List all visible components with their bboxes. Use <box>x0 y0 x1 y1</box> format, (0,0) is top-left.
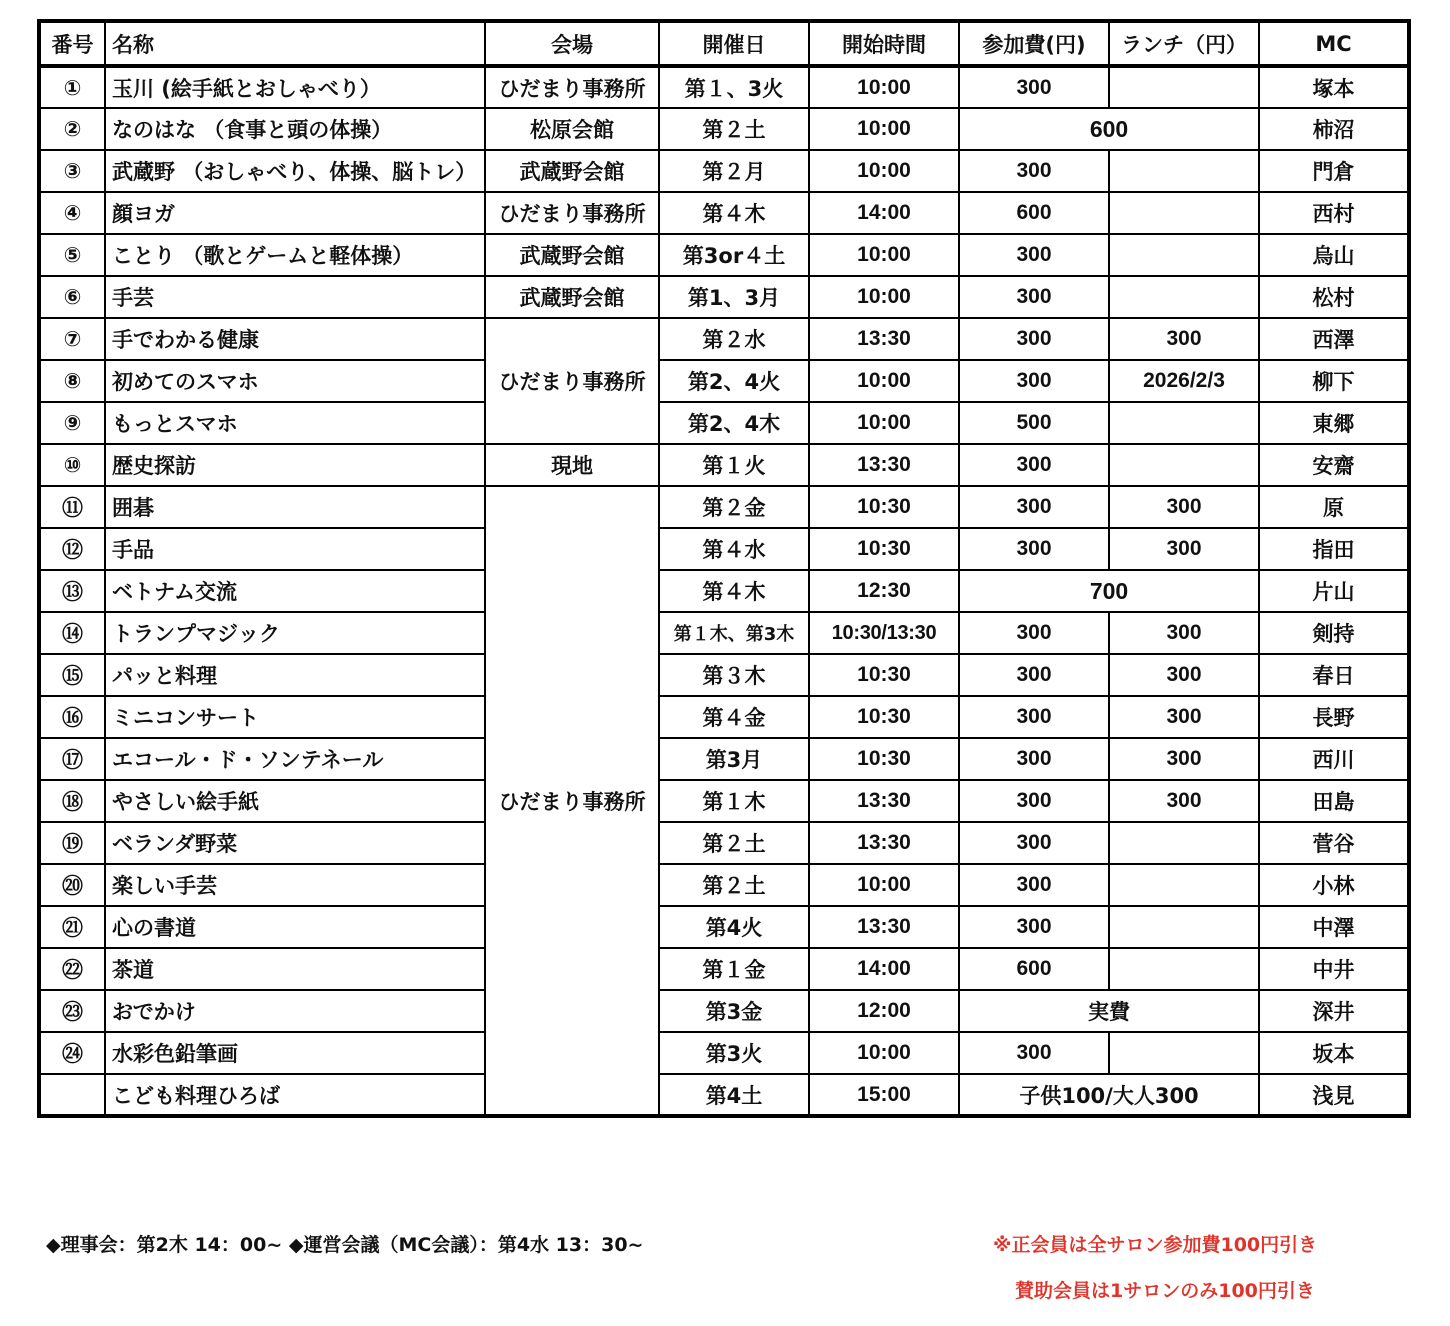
salon-name: 武蔵野 （おしゃべり、体操、脳トレ） <box>105 150 485 192</box>
table-row: ㉑ 心の書道 第4火 13:30 300 中澤 <box>39 906 1409 948</box>
salon-name: 手品 <box>105 528 485 570</box>
start-time: 10:30 <box>809 486 959 528</box>
row-number: ⑧ <box>39 360 105 402</box>
header-name: 名称 <box>105 21 485 66</box>
mc: 西川 <box>1259 738 1409 780</box>
salon-name: ことり （歌とゲームと軽体操） <box>105 234 485 276</box>
venue: 松原会館 <box>485 108 659 150</box>
table-row: ⑨ もっとスマホ 第2、4木 10:00 500 東郷 <box>39 402 1409 444</box>
row-number: ⑥ <box>39 276 105 318</box>
date: 第３木 <box>659 654 809 696</box>
mc: 柿沼 <box>1259 108 1409 150</box>
fee: 600 <box>959 192 1109 234</box>
salon-name: もっとスマホ <box>105 402 485 444</box>
row-number: ⑪ <box>39 486 105 528</box>
salon-name: ベトナム交流 <box>105 570 485 612</box>
mc: 菅谷 <box>1259 822 1409 864</box>
start-time: 10:30 <box>809 654 959 696</box>
mc: 西澤 <box>1259 318 1409 360</box>
salon-name: 楽しい手芸 <box>105 864 485 906</box>
start-time: 13:30 <box>809 318 959 360</box>
date: 第4土 <box>659 1074 809 1116</box>
fee: 300 <box>959 444 1109 486</box>
mc: 坂本 <box>1259 1032 1409 1074</box>
fee: 500 <box>959 402 1109 444</box>
salon-schedule-table: 番号 名称 会場 開催日 開始時間 参加費(円) ランチ（円） MC ① 玉川 … <box>37 19 1411 1118</box>
mc: 春日 <box>1259 654 1409 696</box>
lunch <box>1109 948 1259 990</box>
date: 第２土 <box>659 864 809 906</box>
start-time: 10:00 <box>809 150 959 192</box>
salon-name: なのはな （食事と頭の体操） <box>105 108 485 150</box>
table-row: ⑦ 手でわかる健康 ひだまり事務所 第２水 13:30 300 300 西澤 <box>39 318 1409 360</box>
venue: ひだまり事務所 <box>485 192 659 234</box>
start-time: 10:00 <box>809 108 959 150</box>
lunch <box>1109 444 1259 486</box>
date: 第１木、第3木 <box>659 612 809 654</box>
header-no: 番号 <box>39 21 105 66</box>
salon-name: 心の書道 <box>105 906 485 948</box>
date: 第１火 <box>659 444 809 486</box>
salon-name: 囲碁 <box>105 486 485 528</box>
fee: 300 <box>959 318 1109 360</box>
mc: 田島 <box>1259 780 1409 822</box>
venue: 武蔵野会館 <box>485 234 659 276</box>
row-number: ① <box>39 66 105 108</box>
fee: 300 <box>959 1032 1109 1074</box>
date: 第4火 <box>659 906 809 948</box>
header-date: 開催日 <box>659 21 809 66</box>
date: 第４木 <box>659 570 809 612</box>
header-lunch: ランチ（円） <box>1109 21 1259 66</box>
salon-name: 顔ヨガ <box>105 192 485 234</box>
salon-name: ベランダ野菜 <box>105 822 485 864</box>
mc: 浅見 <box>1259 1074 1409 1116</box>
venue: 武蔵野会館 <box>485 276 659 318</box>
lunch: 300 <box>1109 612 1259 654</box>
table-row: ⑰ エコール・ド・ソンテネール 第3月 10:30 300 300 西川 <box>39 738 1409 780</box>
fee: 300 <box>959 150 1109 192</box>
lunch <box>1109 234 1259 276</box>
mc: 中澤 <box>1259 906 1409 948</box>
salon-name: 手でわかる健康 <box>105 318 485 360</box>
fee: 600 <box>959 948 1109 990</box>
date: 第1、3月 <box>659 276 809 318</box>
row-number: ⑫ <box>39 528 105 570</box>
mc: 東郷 <box>1259 402 1409 444</box>
table-row: ⑬ ベトナム交流 第４木 12:30 700 片山 <box>39 570 1409 612</box>
lunch: 300 <box>1109 738 1259 780</box>
start-time: 10:00 <box>809 360 959 402</box>
salon-name: 玉川 (絵手紙とおしゃべり） <box>105 66 485 108</box>
lunch <box>1109 192 1259 234</box>
venue: ひだまり事務所 <box>485 66 659 108</box>
fee: 300 <box>959 612 1109 654</box>
header-venue: 会場 <box>485 21 659 66</box>
table-row: ㉒ 茶道 第１金 14:00 600 中井 <box>39 948 1409 990</box>
mc: 塚本 <box>1259 66 1409 108</box>
table-row: ⑧ 初めてのスマホ 第2、4火 10:00 300 2026/2/3 柳下 <box>39 360 1409 402</box>
header-row: 番号 名称 会場 開催日 開始時間 参加費(円) ランチ（円） MC <box>39 21 1409 66</box>
row-number: ④ <box>39 192 105 234</box>
mc: 指田 <box>1259 528 1409 570</box>
full-member-discount: ※正会員は全サロン参加費100円引き <box>993 1230 1317 1257</box>
mc: 松村 <box>1259 276 1409 318</box>
row-number <box>39 1074 105 1116</box>
table-row: ⑯ ミニコンサート 第４金 10:30 300 300 長野 <box>39 696 1409 738</box>
salon-schedule-sheet: 番号 名称 会場 開催日 開始時間 参加費(円) ランチ（円） MC ① 玉川 … <box>37 19 1407 1118</box>
table-row: ㉔ 水彩色鉛筆画 第3火 10:00 300 坂本 <box>39 1032 1409 1074</box>
row-number: ⑬ <box>39 570 105 612</box>
header-fee: 参加費(円) <box>959 21 1109 66</box>
start-time: 12:00 <box>809 990 959 1032</box>
fee: 300 <box>959 66 1109 108</box>
salon-name: ミニコンサート <box>105 696 485 738</box>
salon-name: こども料理ひろば <box>105 1074 485 1116</box>
lunch: 300 <box>1109 780 1259 822</box>
date: 第２金 <box>659 486 809 528</box>
lunch: 300 <box>1109 696 1259 738</box>
fee: 300 <box>959 654 1109 696</box>
mc: 深井 <box>1259 990 1409 1032</box>
row-number: ㉔ <box>39 1032 105 1074</box>
start-time: 14:00 <box>809 192 959 234</box>
lunch <box>1109 864 1259 906</box>
date: 第2、4木 <box>659 402 809 444</box>
fee: 300 <box>959 486 1109 528</box>
start-time: 10:00 <box>809 864 959 906</box>
table-row: ⑭ トランプマジック 第１木、第3木 10:30/13:30 300 300 剣… <box>39 612 1409 654</box>
row-number: ㉑ <box>39 906 105 948</box>
date: 第2、4火 <box>659 360 809 402</box>
start-time: 13:30 <box>809 444 959 486</box>
fee: 300 <box>959 234 1109 276</box>
row-number: ⑲ <box>39 822 105 864</box>
salon-name: 歴史探訪 <box>105 444 485 486</box>
fee: 300 <box>959 864 1109 906</box>
table-row: ⑩ 歴史探訪 現地 第１火 13:30 300 安齋 <box>39 444 1409 486</box>
venue-merged: ひだまり事務所 <box>485 318 659 444</box>
start-time: 10:30 <box>809 738 959 780</box>
start-time: 13:30 <box>809 780 959 822</box>
table-row: ⑤ ことり （歌とゲームと軽体操） 武蔵野会館 第3or４土 10:00 300… <box>39 234 1409 276</box>
meeting-schedule-note: ◆理事会：第2木 14：00~ ◆運営会議（MC会議）：第4水 13：30~ <box>46 1230 643 1257</box>
lunch <box>1109 66 1259 108</box>
mc: 西村 <box>1259 192 1409 234</box>
start-time: 14:00 <box>809 948 959 990</box>
row-number: ㉒ <box>39 948 105 990</box>
start-time: 10:30 <box>809 696 959 738</box>
lunch: 2026/2/3 <box>1109 360 1259 402</box>
start-time: 10:00 <box>809 66 959 108</box>
table-row: ⑳ 楽しい手芸 第２土 10:00 300 小林 <box>39 864 1409 906</box>
supporting-member-discount: 賛助会員は1サロンのみ100円引き <box>1015 1276 1315 1303</box>
mc: 烏山 <box>1259 234 1409 276</box>
start-time: 10:30/13:30 <box>809 612 959 654</box>
mc: 小林 <box>1259 864 1409 906</box>
row-number: ㉓ <box>39 990 105 1032</box>
salon-name: おでかけ <box>105 990 485 1032</box>
venue-merged: ひだまり事務所 <box>485 486 659 1116</box>
table-row: ② なのはな （食事と頭の体操） 松原会館 第２土 10:00 600 柿沼 <box>39 108 1409 150</box>
table-row: ⑫ 手品 第４水 10:30 300 300 指田 <box>39 528 1409 570</box>
salon-name: やさしい絵手紙 <box>105 780 485 822</box>
start-time: 10:30 <box>809 528 959 570</box>
table-row: ⑪ 囲碁 ひだまり事務所 第２金 10:30 300 300 原 <box>39 486 1409 528</box>
table-row: ⑥ 手芸 武蔵野会館 第1、3月 10:00 300 松村 <box>39 276 1409 318</box>
mc: 原 <box>1259 486 1409 528</box>
salon-name: エコール・ド・ソンテネール <box>105 738 485 780</box>
lunch <box>1109 150 1259 192</box>
row-number: ⑮ <box>39 654 105 696</box>
salon-name: パッと料理 <box>105 654 485 696</box>
date: 第２土 <box>659 822 809 864</box>
mc: 中井 <box>1259 948 1409 990</box>
row-number: ⑭ <box>39 612 105 654</box>
date: 第3or４土 <box>659 234 809 276</box>
lunch <box>1109 402 1259 444</box>
fee: 300 <box>959 696 1109 738</box>
mc: 長野 <box>1259 696 1409 738</box>
date: 第１、3火 <box>659 66 809 108</box>
salon-name: 初めてのスマホ <box>105 360 485 402</box>
row-number: ⑨ <box>39 402 105 444</box>
date: 第２土 <box>659 108 809 150</box>
date: 第１金 <box>659 948 809 990</box>
fee: 300 <box>959 780 1109 822</box>
start-time: 13:30 <box>809 822 959 864</box>
date: 第１木 <box>659 780 809 822</box>
date: 第４木 <box>659 192 809 234</box>
fee: 300 <box>959 528 1109 570</box>
fee: 300 <box>959 360 1109 402</box>
fee-combined: 子供100/大人300 <box>959 1074 1259 1116</box>
start-time: 10:00 <box>809 234 959 276</box>
start-time: 12:30 <box>809 570 959 612</box>
table-row: ③ 武蔵野 （おしゃべり、体操、脳トレ） 武蔵野会館 第２月 10:00 300… <box>39 150 1409 192</box>
fee-combined: 600 <box>959 108 1259 150</box>
mc: 門倉 <box>1259 150 1409 192</box>
table-row: ① 玉川 (絵手紙とおしゃべり） ひだまり事務所 第１、3火 10:00 300… <box>39 66 1409 108</box>
fee: 300 <box>959 906 1109 948</box>
row-number: ③ <box>39 150 105 192</box>
start-time: 10:00 <box>809 276 959 318</box>
table-row: こども料理ひろば 第4土 15:00 子供100/大人300 浅見 <box>39 1074 1409 1116</box>
row-number: ⑰ <box>39 738 105 780</box>
start-time: 10:00 <box>809 1032 959 1074</box>
table-row: ⑱ やさしい絵手紙 第１木 13:30 300 300 田島 <box>39 780 1409 822</box>
salon-name: 茶道 <box>105 948 485 990</box>
date: 第２月 <box>659 150 809 192</box>
lunch <box>1109 906 1259 948</box>
header-mc: MC <box>1259 21 1409 66</box>
mc: 柳下 <box>1259 360 1409 402</box>
start-time: 10:00 <box>809 402 959 444</box>
fee: 300 <box>959 738 1109 780</box>
lunch: 300 <box>1109 654 1259 696</box>
salon-name: 水彩色鉛筆画 <box>105 1032 485 1074</box>
lunch: 300 <box>1109 486 1259 528</box>
row-number: ⑯ <box>39 696 105 738</box>
salon-name: トランプマジック <box>105 612 485 654</box>
date: 第3火 <box>659 1032 809 1074</box>
lunch <box>1109 822 1259 864</box>
row-number: ⑩ <box>39 444 105 486</box>
row-number: ② <box>39 108 105 150</box>
fee-combined: 実費 <box>959 990 1259 1032</box>
date: 第3月 <box>659 738 809 780</box>
lunch <box>1109 1032 1259 1074</box>
lunch <box>1109 276 1259 318</box>
fee: 300 <box>959 822 1109 864</box>
table-row: ④ 顔ヨガ ひだまり事務所 第４木 14:00 600 西村 <box>39 192 1409 234</box>
mc: 安齋 <box>1259 444 1409 486</box>
row-number: ⑱ <box>39 780 105 822</box>
venue: 現地 <box>485 444 659 486</box>
header-time: 開始時間 <box>809 21 959 66</box>
table-row: ㉓ おでかけ 第3金 12:00 実費 深井 <box>39 990 1409 1032</box>
table-row: ⑲ ベランダ野菜 第２土 13:30 300 菅谷 <box>39 822 1409 864</box>
row-number: ⑤ <box>39 234 105 276</box>
row-number: ⑳ <box>39 864 105 906</box>
date: 第２水 <box>659 318 809 360</box>
fee: 300 <box>959 276 1109 318</box>
salon-name: 手芸 <box>105 276 485 318</box>
lunch: 300 <box>1109 318 1259 360</box>
fee-combined: 700 <box>959 570 1259 612</box>
lunch: 300 <box>1109 528 1259 570</box>
date: 第４水 <box>659 528 809 570</box>
table-row: ⑮ パッと料理 第３木 10:30 300 300 春日 <box>39 654 1409 696</box>
row-number: ⑦ <box>39 318 105 360</box>
start-time: 15:00 <box>809 1074 959 1116</box>
venue: 武蔵野会館 <box>485 150 659 192</box>
mc: 片山 <box>1259 570 1409 612</box>
mc: 剣持 <box>1259 612 1409 654</box>
date: 第3金 <box>659 990 809 1032</box>
start-time: 13:30 <box>809 906 959 948</box>
date: 第４金 <box>659 696 809 738</box>
